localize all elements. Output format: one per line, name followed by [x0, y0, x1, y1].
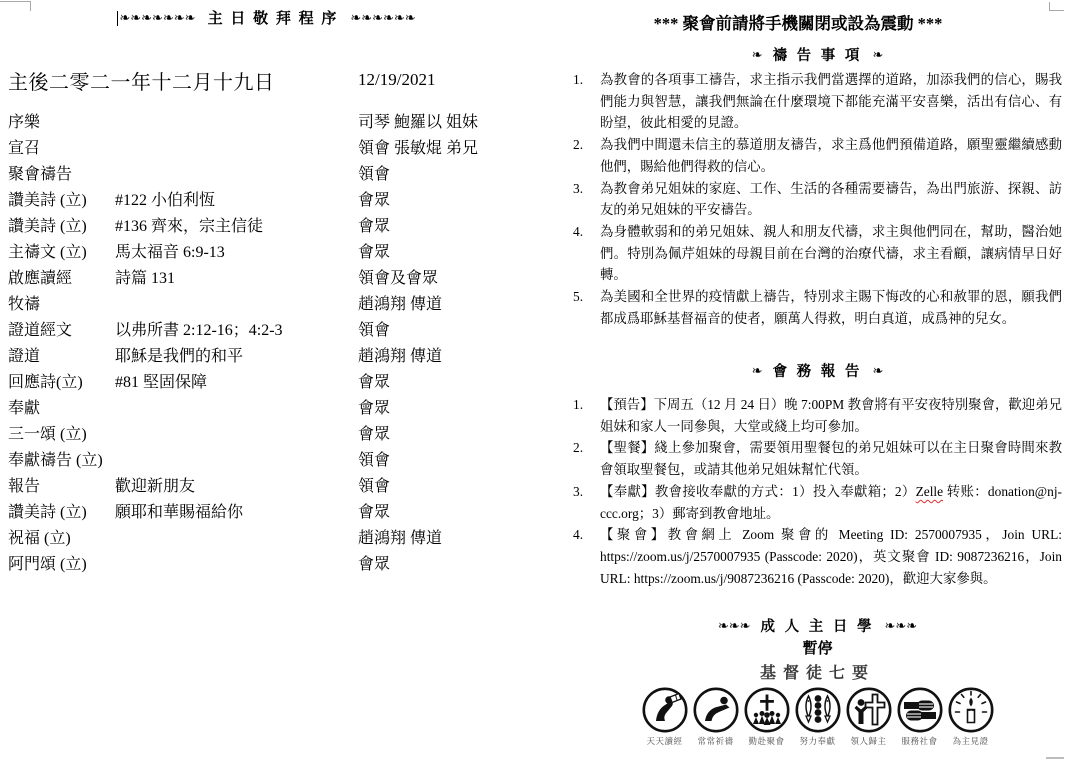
program-item-detail: #81 堅固保障 [115, 370, 358, 396]
item-number: 3. [573, 178, 600, 221]
program-row: 讚美詩 (立) #136 齊來，宗主信徒 會眾 [8, 214, 530, 240]
program-item-name: 祝福 (立) [8, 526, 115, 552]
program-row: 報告 歡迎新朋友 領會 [8, 474, 530, 500]
offering-fish-coins-icon [795, 687, 841, 733]
program-item-role: 領會 [358, 474, 530, 500]
program-item-name: 主禱文 (立) [8, 240, 115, 266]
essential-cell: 為主見證 [947, 687, 995, 747]
program-item-name: 回應詩(立) [8, 370, 115, 396]
program-row: 奉獻禱告 (立) 領會 [8, 448, 530, 474]
program-item-name: 證道 [8, 344, 115, 370]
bulletin-page: ❧❧❧❧❧❧❧主 日 敬 拜 程 序❧❧❧❧❧❧ 主後二零二一年十二月十九日 1… [0, 0, 1067, 763]
prayer-items-list: 1. 為教會的各項事工禱告，求主指示我們當選擇的道路，加添我們的信心，賜我們能力… [573, 69, 1062, 329]
ornament-right: ❧❧❧ [885, 618, 918, 633]
item-number: 4. [573, 221, 600, 286]
program-row: 聚會禱告 領會 [8, 162, 530, 188]
page-title: 主 日 敬 拜 程 序 [208, 11, 339, 27]
program-item-role: 趙鴻翔 傳道 [358, 526, 530, 552]
announcement-text: 【聚會】教會網上 Zoom 聚會的 Meeting ID: 2570007935… [600, 524, 1062, 589]
lead-to-cross-icon [846, 687, 892, 733]
program-item-name: 報告 [8, 474, 115, 500]
program-row: 回應詩(立) #81 堅固保障 會眾 [8, 370, 530, 396]
reading-bible-icon [642, 687, 688, 733]
announcement-text: 【奉獻】教會接收奉獻的方式：1）投入奉獻箱；2）Zelle 转账：donatio… [600, 481, 1062, 524]
date-western: 12/19/2021 [358, 70, 435, 90]
item-number: 3. [573, 481, 600, 524]
ornament-right: ❧❧❧❧❧❧ [350, 10, 415, 25]
program-item-role: 趙鴻翔 傳道 [358, 292, 530, 318]
program-item-detail: 馬太福音 6:9-13 [115, 240, 358, 266]
announcement-item: 4. 【聚會】教會網上 Zoom 聚會的 Meeting ID: 2570007… [573, 524, 1062, 589]
program-item-role: 領會及會眾 [358, 266, 530, 292]
program-item-name: 宣召 [8, 136, 115, 162]
prayer-item: 4. 為身體軟弱和的弟兄姐妹、親人和朋友代禱，求主與他們同在，幫助，醫治她們。特… [573, 221, 1062, 286]
program-row: 祝福 (立) 趙鴻翔 傳道 [8, 526, 530, 552]
prayer-item: 1. 為教會的各項事工禱告，求主指示我們當選擇的道路，加添我們的信心，賜我們能力… [573, 69, 1062, 134]
item-number: 4. [573, 524, 600, 589]
date-chinese: 主後二零二一年十二月十九日 [8, 66, 275, 95]
announcement-item: 3. 【奉獻】教會接收奉獻的方式：1）投入奉獻箱；2）Zelle 转账：dona… [573, 481, 1062, 524]
program-item-detail [115, 526, 358, 552]
announcements-section-title: ❧會 務 報 告❧ [573, 360, 1062, 381]
ornament-left: ❧ [752, 47, 763, 62]
program-row: 阿門頌 (立) 會眾 [8, 552, 530, 578]
program-row: 宣召 領會 張敏焜 弟兄 [8, 136, 530, 162]
program-item-role: 會眾 [358, 188, 530, 214]
seven-essentials-title: 基督徒七要 [573, 660, 1062, 683]
program-row: 證道 耶穌是我們的和平 趙鴻翔 傳道 [8, 344, 530, 370]
sunday-school-title: ❧❧❧成 人 主 日 學❧❧❧ [573, 615, 1062, 636]
program-item-name: 奉獻禱告 (立) [8, 448, 115, 474]
seven-essentials-icons-row: 天天讀經 常常祈禱 [573, 687, 1062, 747]
item-number: 5. [573, 286, 600, 329]
program-item-role: 會眾 [358, 214, 530, 240]
prayer-text: 為教會弟兄姐妹的家庭、工作、生活的各種需要禱告，為出門旅游、探親、訪友的弟兄姐妹… [600, 178, 1062, 221]
prayer-section-title: ❧禱 告 事 項❧ [573, 44, 1062, 65]
program-row: 序樂 司琴 鮑羅以 姐妹 [8, 110, 530, 136]
essential-label: 常常祈禱 [697, 735, 733, 747]
program-item-detail: #122 小伯利恆 [115, 188, 358, 214]
program-item-detail: 以弗所書 2:12-16；4:2-3 [115, 318, 358, 344]
essential-label: 勤赴聚會 [748, 735, 784, 747]
program-item-detail [115, 396, 358, 422]
essential-cell: 常常祈禱 [692, 687, 740, 747]
program-row: 三一頌 (立) 會眾 [8, 422, 530, 448]
program-item-detail: #136 齊來，宗主信徒 [115, 214, 358, 240]
essential-label: 天天讀經 [646, 735, 682, 747]
program-row: 啟應讀經 詩篇 131 領會及會眾 [8, 266, 530, 292]
program-item-name: 讚美詩 (立) [8, 188, 115, 214]
praying-icon [693, 687, 739, 733]
essential-cell: 努力奉獻 [794, 687, 842, 747]
program-item-detail [115, 552, 358, 578]
program-item-detail [115, 422, 358, 448]
program-item-role: 會眾 [358, 552, 530, 578]
program-item-detail [115, 448, 358, 474]
program-item-detail: 耶穌是我們的和平 [115, 344, 358, 370]
program-item-role: 會眾 [358, 422, 530, 448]
program-item-name: 證道經文 [8, 318, 115, 344]
program-item-name: 聚會禱告 [8, 162, 115, 188]
program-item-role: 會眾 [358, 370, 530, 396]
worship-program-table: 序樂 司琴 鮑羅以 姐妹 宣召 領會 張敏焜 弟兄 聚會禱告 領會 [8, 110, 530, 578]
program-item-role: 趙鴻翔 傳道 [358, 344, 530, 370]
announcement-items-list: 1. 【預告】下周五（12 月 24 日）晚 7:00PM 教會將有平安夜特別聚… [573, 394, 1062, 589]
spellcheck-flagged-word: Zelle [916, 484, 944, 499]
worship-order-column: ❧❧❧❧❧❧❧主 日 敬 拜 程 序❧❧❧❧❧❧ 主後二零二一年十二月十九日 1… [0, 0, 533, 763]
essential-label: 為主見證 [952, 735, 988, 747]
essential-label: 領人歸主 [850, 735, 886, 747]
program-item-name: 奉獻 [8, 396, 115, 422]
program-row: 奉獻 會眾 [8, 396, 530, 422]
announcement-text: 【預告】下周五（12 月 24 日）晚 7:00PM 教會將有平安夜特別聚會，歡… [600, 394, 1062, 437]
program-item-name: 三一頌 (立) [8, 422, 115, 448]
ornament-right: ❧ [872, 47, 883, 62]
announcement-text: 【聖餐】綫上參加聚會，需要領用聖餐包的弟兄姐妹可以在主日聚會時間來教會領取聖餐包… [600, 437, 1062, 480]
program-row: 牧禱 趙鴻翔 傳道 [8, 292, 530, 318]
item-number: 1. [573, 394, 600, 437]
program-item-detail [115, 292, 358, 318]
prayer-text: 為我們中間還未信主的慕道朋友禱告，求主爲他們預備道路，願聖靈繼續感動他們，賜給他… [600, 134, 1062, 177]
item-number: 1. [573, 69, 600, 134]
ornament-right: ❧ [872, 363, 883, 378]
program-item-detail [115, 162, 358, 188]
program-item-detail [115, 136, 358, 162]
program-item-detail: 歡迎新朋友 [115, 474, 358, 500]
program-item-role: 會眾 [358, 396, 530, 422]
announcements-column: *** 聚會前請將手機關閉或設為震動 *** ❧禱 告 事 項❧ 1. 為教會的… [533, 0, 1067, 763]
essential-label: 努力奉獻 [799, 735, 835, 747]
serving-hands-icon [897, 687, 943, 733]
essential-cell: 領人歸主 [845, 687, 893, 747]
section-title-text: 禱 告 事 項 [773, 48, 863, 64]
ornament-left: ❧❧❧❧❧❧❧ [119, 10, 195, 25]
program-row: 證道經文 以弗所書 2:12-16；4:2-3 領會 [8, 318, 530, 344]
essential-cell: 服務社會 [896, 687, 944, 747]
program-item-role: 會眾 [358, 500, 530, 526]
prayer-item: 3. 為教會弟兄姐妹的家庭、工作、生活的各種需要禱告，為出門旅游、探親、訪友的弟… [573, 178, 1062, 221]
program-item-name: 牧禱 [8, 292, 115, 318]
program-item-role: 領會 [358, 162, 530, 188]
prayer-text: 為美國和全世界的疫情獻上禱告，特別求主賜下悔改的心和赦罪的恩，願我們都成爲耶穌基… [600, 286, 1062, 329]
program-row: 讚美詩 (立) 願耶和華賜福給你 會眾 [8, 500, 530, 526]
program-item-detail: 願耶和華賜福給你 [115, 500, 358, 526]
worship-order-header: ❧❧❧❧❧❧❧主 日 敬 拜 程 序❧❧❧❧❧❧ [0, 7, 533, 28]
seven-essentials-logo: 基督徒七要 天天讀經 [573, 660, 1062, 747]
prayer-item: 2. 為我們中間還未信主的慕道朋友禱告，求主爲他們預備道路，願聖靈繼續感動他們，… [573, 134, 1062, 177]
prayer-item: 5. 為美國和全世界的疫情獻上禱告，特別求主賜下悔改的心和赦罪的恩，願我們都成爲… [573, 286, 1062, 329]
essential-cell: 勤赴聚會 [743, 687, 791, 747]
program-item-name: 啟應讀經 [8, 266, 115, 292]
program-row: 主禱文 (立) 馬太福音 6:9-13 會眾 [8, 240, 530, 266]
program-item-role: 司琴 鮑羅以 姐妹 [358, 110, 530, 136]
program-item-name: 阿門頌 (立) [8, 552, 115, 578]
prayer-text: 為身體軟弱和的弟兄姐妹、親人和朋友代禱，求主與他們同在，幫助，醫治她們。特別為佩… [600, 221, 1062, 286]
program-item-name: 序樂 [8, 110, 115, 136]
candle-witness-icon [948, 687, 994, 733]
announcement-item: 1. 【預告】下周五（12 月 24 日）晚 7:00PM 教會將有平安夜特別聚… [573, 394, 1062, 437]
church-gathering-icon [744, 687, 790, 733]
essential-label: 服務社會 [901, 735, 937, 747]
program-item-role: 領會 張敏焜 弟兄 [358, 136, 530, 162]
section-title-text: 成 人 主 日 學 [761, 619, 875, 635]
section-title-text: 會 務 報 告 [773, 364, 863, 380]
phone-silence-notice: *** 聚會前請將手機關閉或設為震動 *** [533, 10, 1063, 34]
program-item-name: 讚美詩 (立) [8, 214, 115, 240]
program-row: 讚美詩 (立) #122 小伯利恆 會眾 [8, 188, 530, 214]
prayer-text: 為教會的各項事工禱告，求主指示我們當選擇的道路，加添我們的信心，賜我們能力與智慧… [600, 69, 1062, 134]
program-item-role: 領會 [358, 448, 530, 474]
program-item-detail: 詩篇 131 [115, 266, 358, 292]
program-item-detail [115, 110, 358, 136]
sunday-school-status: 暫停 [573, 637, 1062, 658]
essential-cell: 天天讀經 [641, 687, 689, 747]
ornament-left: ❧❧❧ [718, 618, 751, 633]
item-number: 2. [573, 134, 600, 177]
ornament-left: ❧ [752, 363, 763, 378]
program-item-name: 讚美詩 (立) [8, 500, 115, 526]
program-item-role: 領會 [358, 318, 530, 344]
program-item-role: 會眾 [358, 240, 530, 266]
announcement-item: 2. 【聖餐】綫上參加聚會，需要領用聖餐包的弟兄姐妹可以在主日聚會時間來教會領取… [573, 437, 1062, 480]
item-number: 2. [573, 437, 600, 480]
